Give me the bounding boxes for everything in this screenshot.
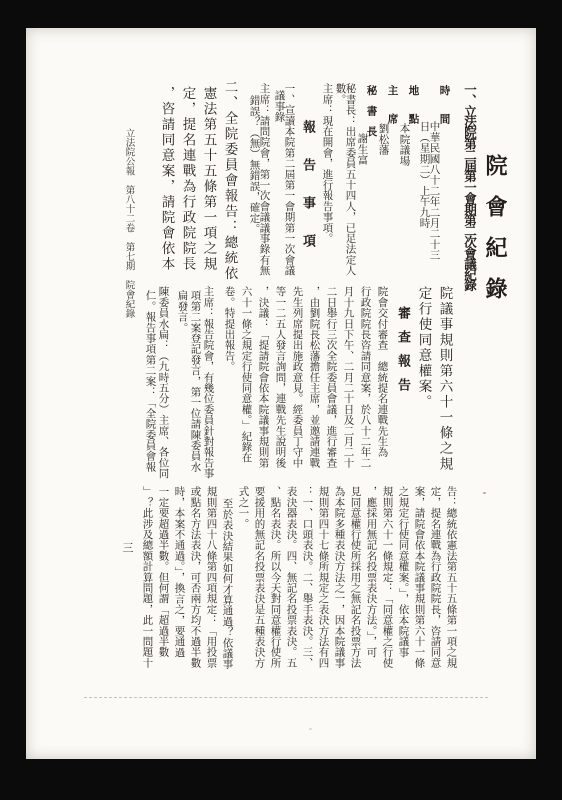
- discussion-col-8: 為本院多種表決方法之一，因本院議事: [333, 486, 344, 668]
- review-body-col-3: 月十九日下午、二月二十日及二月二十: [342, 286, 353, 468]
- review-body-col-1: 院會交付審查 總統提名連戰先生為: [376, 286, 387, 457]
- discussion-col-18: 時，本案不通過。」，換言之，要通過: [173, 486, 184, 657]
- report-item1-line2: 議事錄: [273, 90, 284, 122]
- review-body-col-5: ，由劉院長松藩擔任主席，並邀請連戰: [308, 286, 319, 468]
- report-item2-line4: ，咨請同意案，請院會依本: [160, 86, 174, 272]
- report-item2-line6: 定行使同意權案。: [417, 286, 431, 410]
- speech-chen-col-2: 仁。報告事項第二案：「全院委員會報: [144, 290, 155, 472]
- chair-remark-col-2: 項第二案登記發言，第一位請陳委員水: [189, 290, 200, 472]
- chair-opening-remark: 主席：現在開會，進行報告事項。: [321, 83, 332, 244]
- chair-confirm-line2: 錯誤？（無）無錯誤，確定。: [248, 95, 259, 234]
- report-item2-line1: 二、全院委員會報告：總統依: [223, 80, 237, 282]
- page-title: 院會紀錄: [484, 154, 506, 318]
- review-body-col-7: 等一二五人發言詢問，連戰先生說明後: [274, 286, 285, 468]
- review-body-col-6: 先生列席提出施政意見。經委員丁守中: [291, 286, 302, 468]
- discussion-col-14: 式之一。: [237, 486, 248, 529]
- chair-remark-col-1: 主席：報告院會，有幾位委員針對報告事: [202, 286, 213, 479]
- discussion-col-17: 或點名方法表決，可否兩方均不過半數: [189, 486, 200, 668]
- discussion-col-20: 」？此涉及總額計算問題，此一問題十: [141, 486, 152, 668]
- discussion-col-16: 規則第四十八條第四項規定：「用投票: [205, 486, 216, 668]
- place-value: 本院議場: [398, 123, 409, 166]
- review-body-col-8: ，決議：「提請院會依本院議事規則第: [257, 286, 268, 468]
- speech-chen-col-1: 陳委員水扁：（九時五分）主席、各位同: [157, 286, 168, 479]
- chair-remark-col-3: 扁發言。: [176, 290, 187, 333]
- review-report-header: 審查報告: [397, 306, 410, 402]
- document-page: 院會紀錄 一、立法院第二屆第一會期第二次會議紀錄 時間 中華民國八十二年二月二十…: [26, 28, 536, 759]
- discussion-col-15: 至於表決結果如何才算通過？依議事: [221, 498, 232, 669]
- discussion-col-7: 見同意權行使所採用之無記名投票方法: [349, 486, 360, 668]
- discussion-col-3: 案，請院會依本院議事規則第六十一條: [413, 486, 424, 668]
- session-heading: 一、立法院第二屆第一會期第二次會議紀錄: [463, 83, 476, 290]
- discussion-col-10: ：一、口頭表決。二、舉手表決。三、: [301, 486, 312, 668]
- discussion-col-5: 規則第六十一條規定：「同意權之行使: [381, 486, 392, 668]
- review-body-col-2: 行政院院長咨請同意案，於八十二年二: [359, 286, 370, 468]
- discussion-col-6: ，應採用無記名投票表決方法。」，可: [365, 486, 376, 657]
- attendance-line2: 數。: [334, 83, 345, 104]
- scan-speck: [483, 492, 486, 494]
- secretary-general-value: 謝生富: [356, 133, 367, 165]
- discussion-col-12: 、點名表決。所以今天對同意權行使所: [269, 486, 280, 668]
- discussion-col-13: 要援用的無記名投票表決是五種表決方: [253, 486, 264, 668]
- report-items-header: 報告事項: [302, 120, 315, 272]
- report-item2-line5: 院議事規則第六十一條之規: [438, 286, 452, 472]
- review-body-col-9: 六十一條之規定行使同意權。」紀錄在: [240, 286, 251, 463]
- chair-value: 劉松藩: [377, 123, 388, 155]
- attendance-line1: 秘書長：出席委員五十四人，已足法定人: [344, 83, 355, 276]
- discussion-col-9: 規則第四十七條所規定之表決方法有四: [317, 486, 328, 668]
- discussion-col-1: 告：總統依憲法第五十五條第一項之規: [445, 486, 456, 668]
- scan-noise-line: [84, 697, 488, 698]
- review-body-col-4: 二日舉行三次全院委員會議，進行審查: [325, 286, 336, 468]
- discussion-col-19: 一定要超過半數。但何謂「超過半數: [157, 486, 168, 657]
- scan-speck: [309, 728, 312, 730]
- time-value-line2: 日（星期二）上午九時: [418, 121, 429, 228]
- discussion-col-4: 之規定行使同意權案。」，依本院議事: [397, 486, 408, 657]
- discussion-col-11: 表決器表決。四、無記名投票表決。五: [285, 486, 296, 668]
- discussion-col-2: 定，提名連戰為行政院院長，咨請同意: [429, 486, 440, 668]
- gazette-margin-caption: 立法院公報 第八十二卷 第七期 院會紀錄: [123, 128, 133, 318]
- page-number: 三: [121, 542, 132, 553]
- scanned-gazette-page: { "page": { "title": "院會紀錄", "heading": …: [0, 0, 562, 800]
- review-body-col-10: 卷。特提出報告。: [223, 286, 234, 372]
- report-item2-line2: 憲法第五十五條第一項之規: [202, 86, 216, 272]
- report-item2-line3: 定，提名連戰為行政院院長: [181, 86, 195, 272]
